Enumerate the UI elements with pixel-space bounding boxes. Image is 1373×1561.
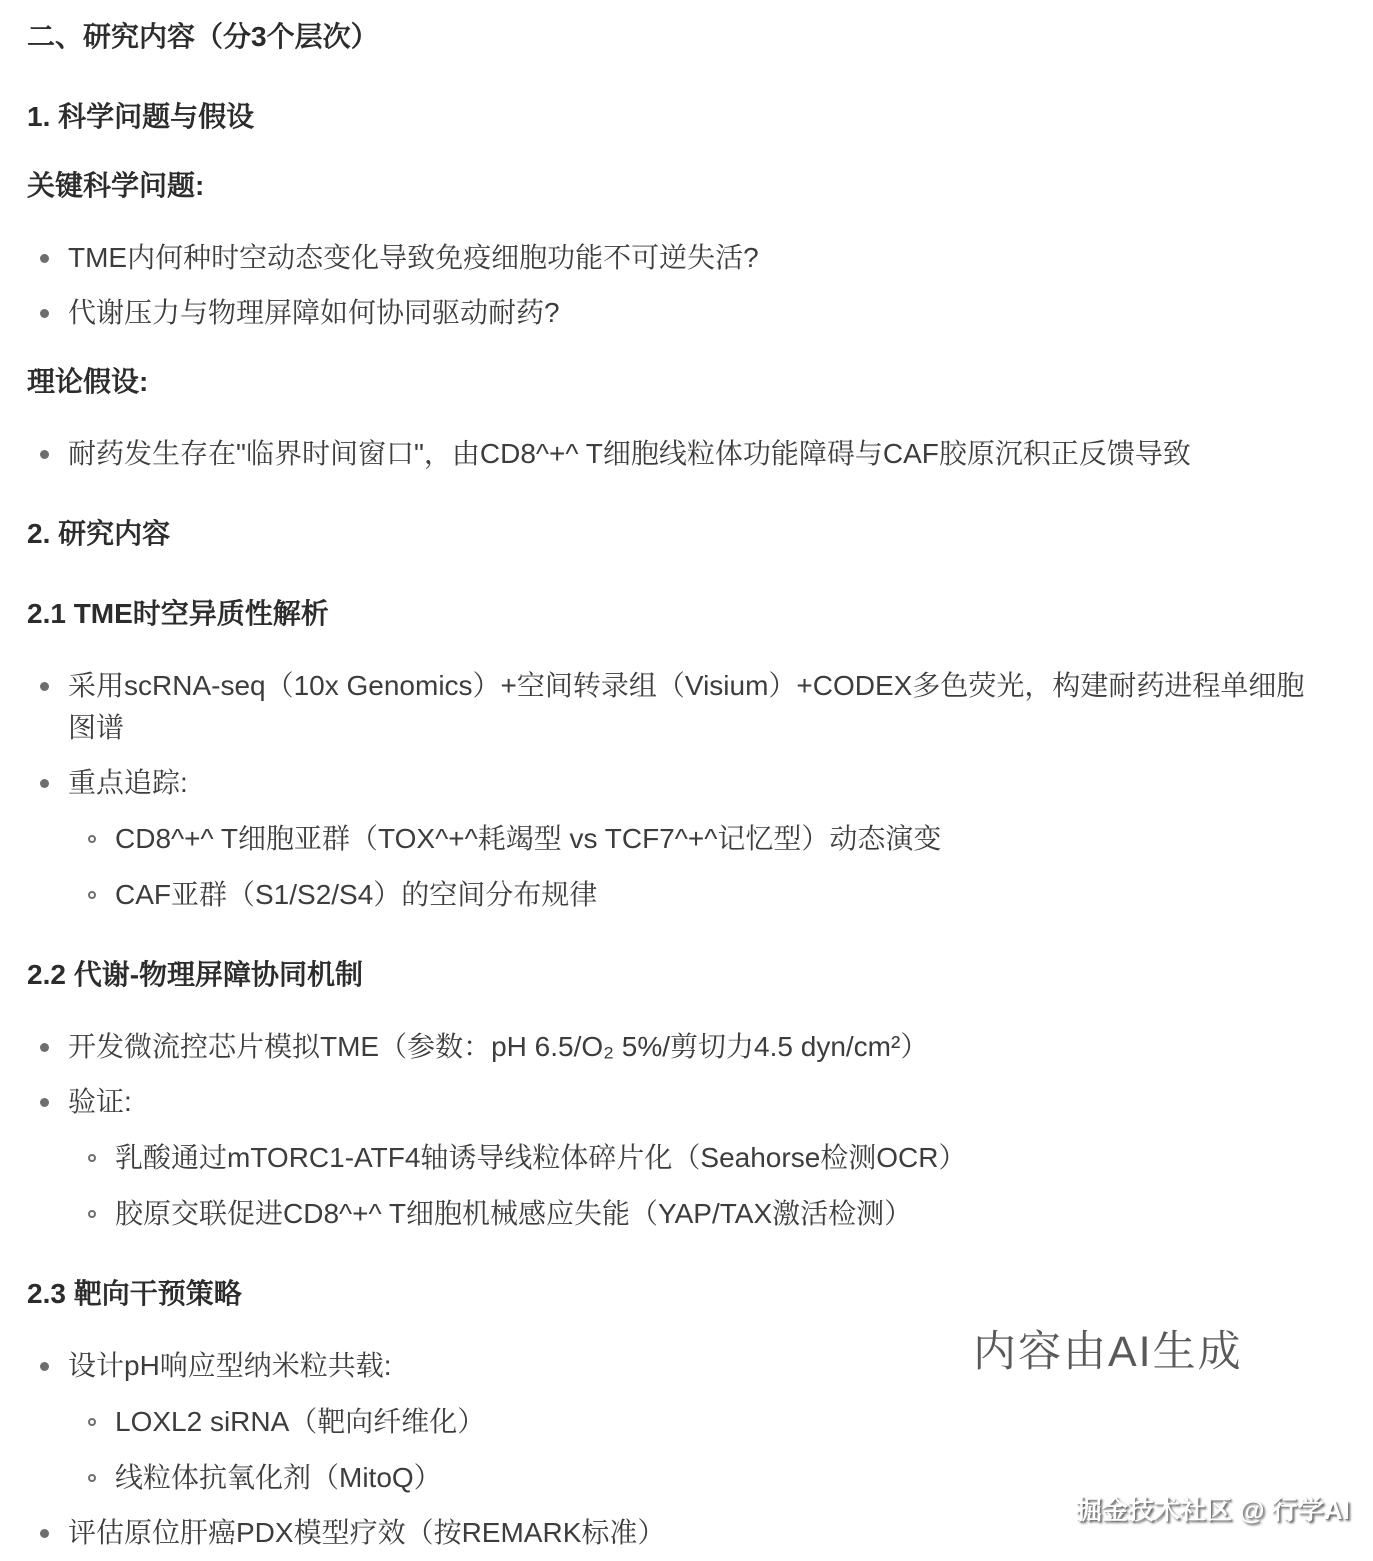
sub-bullet-text: 线粒体抗氧化剂（MitoQ） (115, 1462, 442, 1493)
bullet-icon (40, 779, 49, 788)
sub-bullet-text: CD8^+^ T细胞亚群（TOX^+^耗竭型 vs TCF7^+^记忆型）动态演… (115, 823, 941, 854)
bullet-icon (40, 450, 49, 459)
bullet-icon (40, 682, 49, 691)
bullet-item: TME内何种时空动态变化导致免疫细胞功能不可逆失活? (0, 237, 1318, 279)
bullet-item: 耐药发生存在"临界时间窗口"，由CD8^+^ T细胞线粒体功能障碍与CAF胶原沉… (0, 433, 1318, 475)
bullet-text: 评估原位肝癌PDX模型疗效（按REMARK标准） (68, 1517, 665, 1548)
ai-generated-watermark: 内容由AI生成 (973, 1318, 1243, 1379)
sub-bullet-item: CAF亚群（S1/S2/S4）的空间分布规律 (0, 874, 1318, 916)
bullet-item: 重点追踪: (0, 762, 1318, 804)
bullet-icon (40, 309, 49, 318)
bullet-icon (40, 1362, 49, 1371)
bullet-item: 代谢压力与物理屏障如何协同驱动耐药? (0, 292, 1318, 334)
hollow-bullet-icon (88, 1154, 96, 1162)
bullet-item: 开发微流控芯片模拟TME（参数：pH 6.5/O₂ 5%/剪切力4.5 dyn/… (0, 1026, 1318, 1068)
bold-label: 理论假设: (27, 361, 1318, 403)
bullet-item: 采用scRNA-seq（10x Genomics）+空间转录组（Visium）+… (0, 665, 1318, 749)
section-heading: 2.1 TME时空异质性解析 (27, 593, 1318, 635)
hollow-bullet-icon (88, 1418, 96, 1426)
sub-bullet-item: 乳酸通过mTORC1-ATF4轴诱导线粒体碎片化（Seahorse检测OCR） (0, 1137, 1318, 1179)
hollow-bullet-icon (88, 835, 96, 843)
section-heading: 1. 科学问题与假设 (27, 96, 1318, 138)
bullet-icon (40, 254, 49, 263)
bullet-text: TME内何种时空动态变化导致免疫细胞功能不可逆失活? (68, 242, 759, 273)
bullet-text: 耐药发生存在"临界时间窗口"，由CD8^+^ T细胞线粒体功能障碍与CAF胶原沉… (68, 438, 1191, 469)
bold-label: 关键科学问题: (27, 165, 1318, 207)
sub-bullet-item: CD8^+^ T细胞亚群（TOX^+^耗竭型 vs TCF7^+^记忆型）动态演… (0, 818, 1318, 860)
sub-bullet-item: 胶原交联促进CD8^+^ T细胞机械感应失能（YAP/TAX激活检测） (0, 1193, 1318, 1235)
sub-bullet-text: 乳酸通过mTORC1-ATF4轴诱导线粒体碎片化（Seahorse检测OCR） (115, 1142, 967, 1173)
bullet-icon (40, 1529, 49, 1538)
section-heading: 2. 研究内容 (27, 513, 1318, 555)
bullet-text: 设计pH响应型纳米粒共载: (68, 1350, 392, 1381)
hollow-bullet-icon (88, 1474, 96, 1482)
community-watermark: 掘金技术社区 @ 行学AI (1076, 1490, 1350, 1527)
hollow-bullet-icon (88, 891, 96, 899)
bullet-text: 开发微流控芯片模拟TME（参数：pH 6.5/O₂ 5%/剪切力4.5 dyn/… (68, 1031, 928, 1062)
bullet-text: 重点追踪: (68, 767, 188, 798)
bullet-text: 验证: (68, 1086, 132, 1117)
sub-bullet-item: LOXL2 siRNA（靶向纤维化） (0, 1401, 1318, 1443)
sub-bullet-text: 胶原交联促进CD8^+^ T细胞机械感应失能（YAP/TAX激活检测） (115, 1198, 912, 1229)
bullet-text: 代谢压力与物理屏障如何协同驱动耐药? (68, 297, 560, 328)
sub-bullet-text: CAF亚群（S1/S2/S4）的空间分布规律 (115, 879, 597, 910)
section-heading: 2.2 代谢-物理屏障协同机制 (27, 954, 1318, 996)
bullet-icon (40, 1098, 49, 1107)
bullet-icon (40, 1043, 49, 1052)
document-title: 二、研究内容（分3个层次） (27, 16, 1318, 58)
bullet-item: 验证: (0, 1081, 1318, 1123)
bullet-text: 采用scRNA-seq（10x Genomics）+空间转录组（Visium）+… (68, 670, 1304, 743)
hollow-bullet-icon (88, 1210, 96, 1218)
sub-bullet-text: LOXL2 siRNA（靶向纤维化） (115, 1406, 485, 1437)
section-heading: 2.3 靶向干预策略 (27, 1273, 1318, 1315)
